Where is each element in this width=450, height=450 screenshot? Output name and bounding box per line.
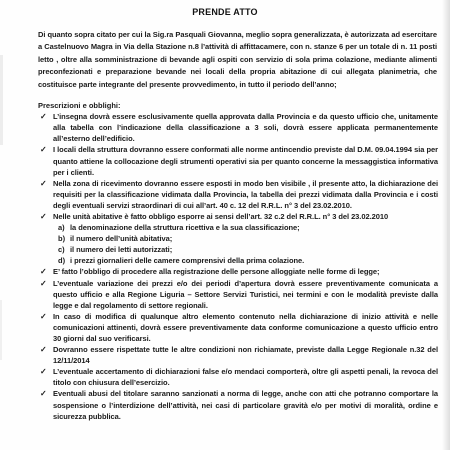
sub-item-label: d) [58, 255, 70, 266]
checkmark-icon: ✓ [40, 144, 53, 155]
checkmark-icon: ✓ [40, 211, 53, 222]
checklist-item-body: E’ fatto l’obbligo di procedere alla reg… [53, 266, 438, 277]
checklist-item-body: In caso di modifica di qualunque altro e… [53, 311, 438, 344]
checklist-item: ✓ In caso di modifica di qualunque altro… [40, 311, 438, 344]
checklist-item-text: Dovranno essere rispettate tutte le altr… [53, 344, 438, 366]
checkmark-icon: ✓ [40, 311, 53, 322]
checkmark-icon: ✓ [40, 344, 53, 355]
checklist-item: ✓ Nella zona di ricevimento dovranno ess… [40, 178, 438, 211]
checklist-item-text: I locali della struttura dovranno essere… [53, 144, 438, 177]
checklist-item-text: Nelle unità abitative è fatto obbligo es… [53, 211, 438, 222]
checkmark-icon: ✓ [40, 111, 53, 122]
checklist-item: ✓ L’eventuale variazione dei prezzi e/o … [40, 278, 438, 311]
checklist-item: ✓ L’insegna dovrà essere esclusivamente … [40, 111, 438, 144]
checklist-item: ✓ Dovranno essere rispettate tutte le al… [40, 344, 438, 366]
sub-list: a) la denominazione della struttura rice… [58, 222, 438, 266]
checklist-item-body: I locali della struttura dovranno essere… [53, 144, 438, 177]
checklist-item-body: L’eventuale accertamento di dichiarazion… [53, 366, 438, 388]
scan-edge-left-mark [0, 55, 3, 145]
checklist-item-text: L’insegna dovrà essere esclusivamente qu… [53, 111, 438, 144]
checklist-item-body: L’insegna dovrà essere esclusivamente qu… [53, 111, 438, 144]
checklist: ✓ L’insegna dovrà essere esclusivamente … [40, 111, 438, 422]
scan-edge-right [442, 0, 450, 450]
checklist-item-text: E’ fatto l’obbligo di procedere alla reg… [53, 266, 438, 277]
checklist-item-body: Nelle unità abitative è fatto obbligo es… [53, 211, 438, 266]
sub-item: d) i prezzi giornalieri delle camere com… [58, 255, 438, 266]
checklist-item: ✓ E’ fatto l’obbligo di procedere alla r… [40, 266, 438, 277]
checklist-item: ✓ Nelle unità abitative è fatto obbligo … [40, 211, 438, 266]
scan-edge-left-mark [0, 300, 2, 360]
checklist-item: ✓ L’eventuale accertamento di dichiarazi… [40, 366, 438, 388]
section-heading: Prescrizioni e obblighi: [38, 100, 437, 111]
checklist-item-body: Nella zona di ricevimento dovranno esser… [53, 178, 438, 211]
checkmark-icon: ✓ [40, 178, 53, 189]
sub-item-label: b) [58, 233, 70, 244]
checklist-item-text: L’eventuale accertamento di dichiarazion… [53, 366, 438, 388]
page-title: PRENDE ATTO [0, 0, 450, 17]
checklist-item-text: Eventuali abusi del titolare saranno san… [53, 388, 438, 421]
intro-paragraph: Di quanto sopra citato per cui la Sig.ra… [38, 29, 437, 91]
document-page: PRENDE ATTO Di quanto sopra citato per c… [0, 0, 450, 450]
sub-item-label: a) [58, 222, 70, 233]
checkmark-icon: ✓ [40, 266, 53, 277]
checklist-item-body: Eventuali abusi del titolare saranno san… [53, 388, 438, 421]
checklist-item-body: L’eventuale variazione dei prezzi e/o de… [53, 278, 438, 311]
checklist-item: ✓ Eventuali abusi del titolare saranno s… [40, 388, 438, 421]
sub-item: a) la denominazione della struttura rice… [58, 222, 438, 233]
sub-item-text: la denominazione della struttura ricetti… [70, 222, 438, 233]
sub-item-label: c) [58, 244, 70, 255]
sub-item-text: i prezzi giornalieri delle camere compre… [70, 255, 438, 266]
checklist-item: ✓ I locali della struttura dovranno esse… [40, 144, 438, 177]
sub-item: c) il numero dei letti autorizzati; [58, 244, 438, 255]
checkmark-icon: ✓ [40, 278, 53, 289]
checklist-item-body: Dovranno essere rispettate tutte le altr… [53, 344, 438, 366]
sub-item-text: il numero dell’unità abitativa; [70, 233, 438, 244]
sub-item: b) il numero dell’unità abitativa; [58, 233, 438, 244]
sub-item-text: il numero dei letti autorizzati; [70, 244, 438, 255]
checkmark-icon: ✓ [40, 366, 53, 377]
checklist-item-text: L’eventuale variazione dei prezzi e/o de… [53, 278, 438, 311]
checkmark-icon: ✓ [40, 388, 53, 399]
checklist-item-text: Nella zona di ricevimento dovranno esser… [53, 178, 438, 211]
checklist-item-text: In caso di modifica di qualunque altro e… [53, 311, 438, 344]
